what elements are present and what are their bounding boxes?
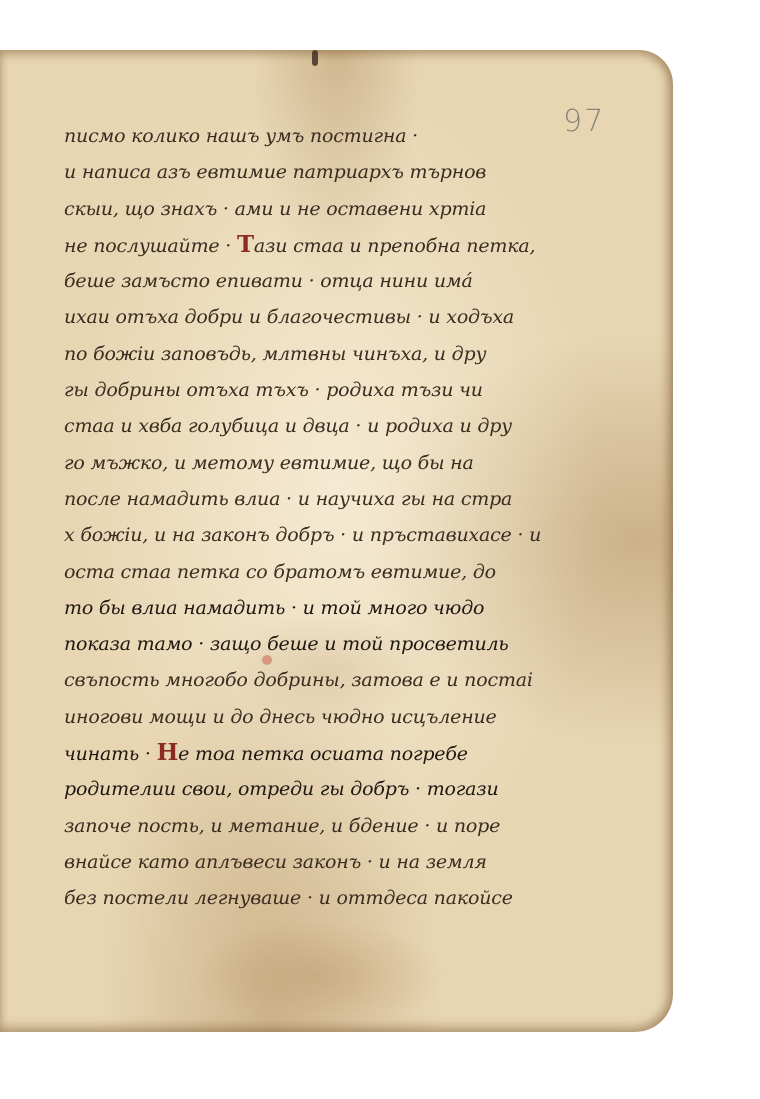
- text-line: х божiи, и на законъ добръ · и пръставих…: [64, 517, 584, 553]
- stain: [190, 920, 450, 1030]
- red-initial: Т: [237, 231, 254, 258]
- text-line: свъпость многобо добрины, затова е и пос…: [64, 662, 584, 698]
- stain: [312, 50, 318, 66]
- text-line: иногови мощи и до днесь чюдно исцъление: [64, 699, 584, 735]
- text-line: и написа азъ евтимие патриархъ търнов: [64, 154, 584, 190]
- line-text: не послушайте ·: [64, 235, 237, 257]
- text-line: стаа и хвба голубица и двца · и родиха и…: [64, 408, 584, 444]
- text-line: беше замъсто епивати · отца нини имá: [64, 263, 584, 299]
- red-initial: Н: [157, 739, 179, 766]
- text-line: ихаи отъха добри и благочестивы · и ходъ…: [64, 299, 584, 335]
- text-line: писмо колико нашъ умъ постигна ·: [64, 118, 584, 154]
- text-line: родителии свои, отреди гы добръ · тогази: [64, 771, 584, 807]
- text-line: скыи, що знахъ · ами и не оставени хртiа: [64, 191, 584, 227]
- text-line: после намадить влиа · и научиха гы на ст…: [64, 481, 584, 517]
- text-line: по божiи заповъдь, млтвны чинъха, и дру: [64, 336, 584, 372]
- text-line: гы добрины отъха тъхъ · родиха тъзи чи: [64, 372, 584, 408]
- text-line: чинать · Не тоа петка осиата погребе: [64, 735, 584, 771]
- text-line: то бы влиа намадить · и той много чюдо: [64, 590, 584, 626]
- text-line: не послушайте · Тази стаа и препобна пет…: [64, 227, 584, 263]
- line-text: ази стаа и препобна петка,: [254, 235, 535, 257]
- text-line: без постели легнувашe · и оттдеса пакойс…: [64, 880, 584, 916]
- line-text: чинать ·: [64, 743, 157, 765]
- line-text: е тоа петка осиата погребе: [178, 743, 468, 765]
- text-line: внайсе като аплъвеси законъ · и на земля: [64, 844, 584, 880]
- text-line: го мъжко, и метому евтимие, що бы на: [64, 445, 584, 481]
- text-line: оста стаа петка со братомъ евтимие, до: [64, 554, 584, 590]
- text-line: започе пость, и метание, и бдение · и по…: [64, 808, 584, 844]
- manuscript-text: писмо колико нашъ умъ постигна · и напис…: [64, 118, 584, 917]
- text-line: показа тамо · защо беше и той просветиль: [64, 626, 584, 662]
